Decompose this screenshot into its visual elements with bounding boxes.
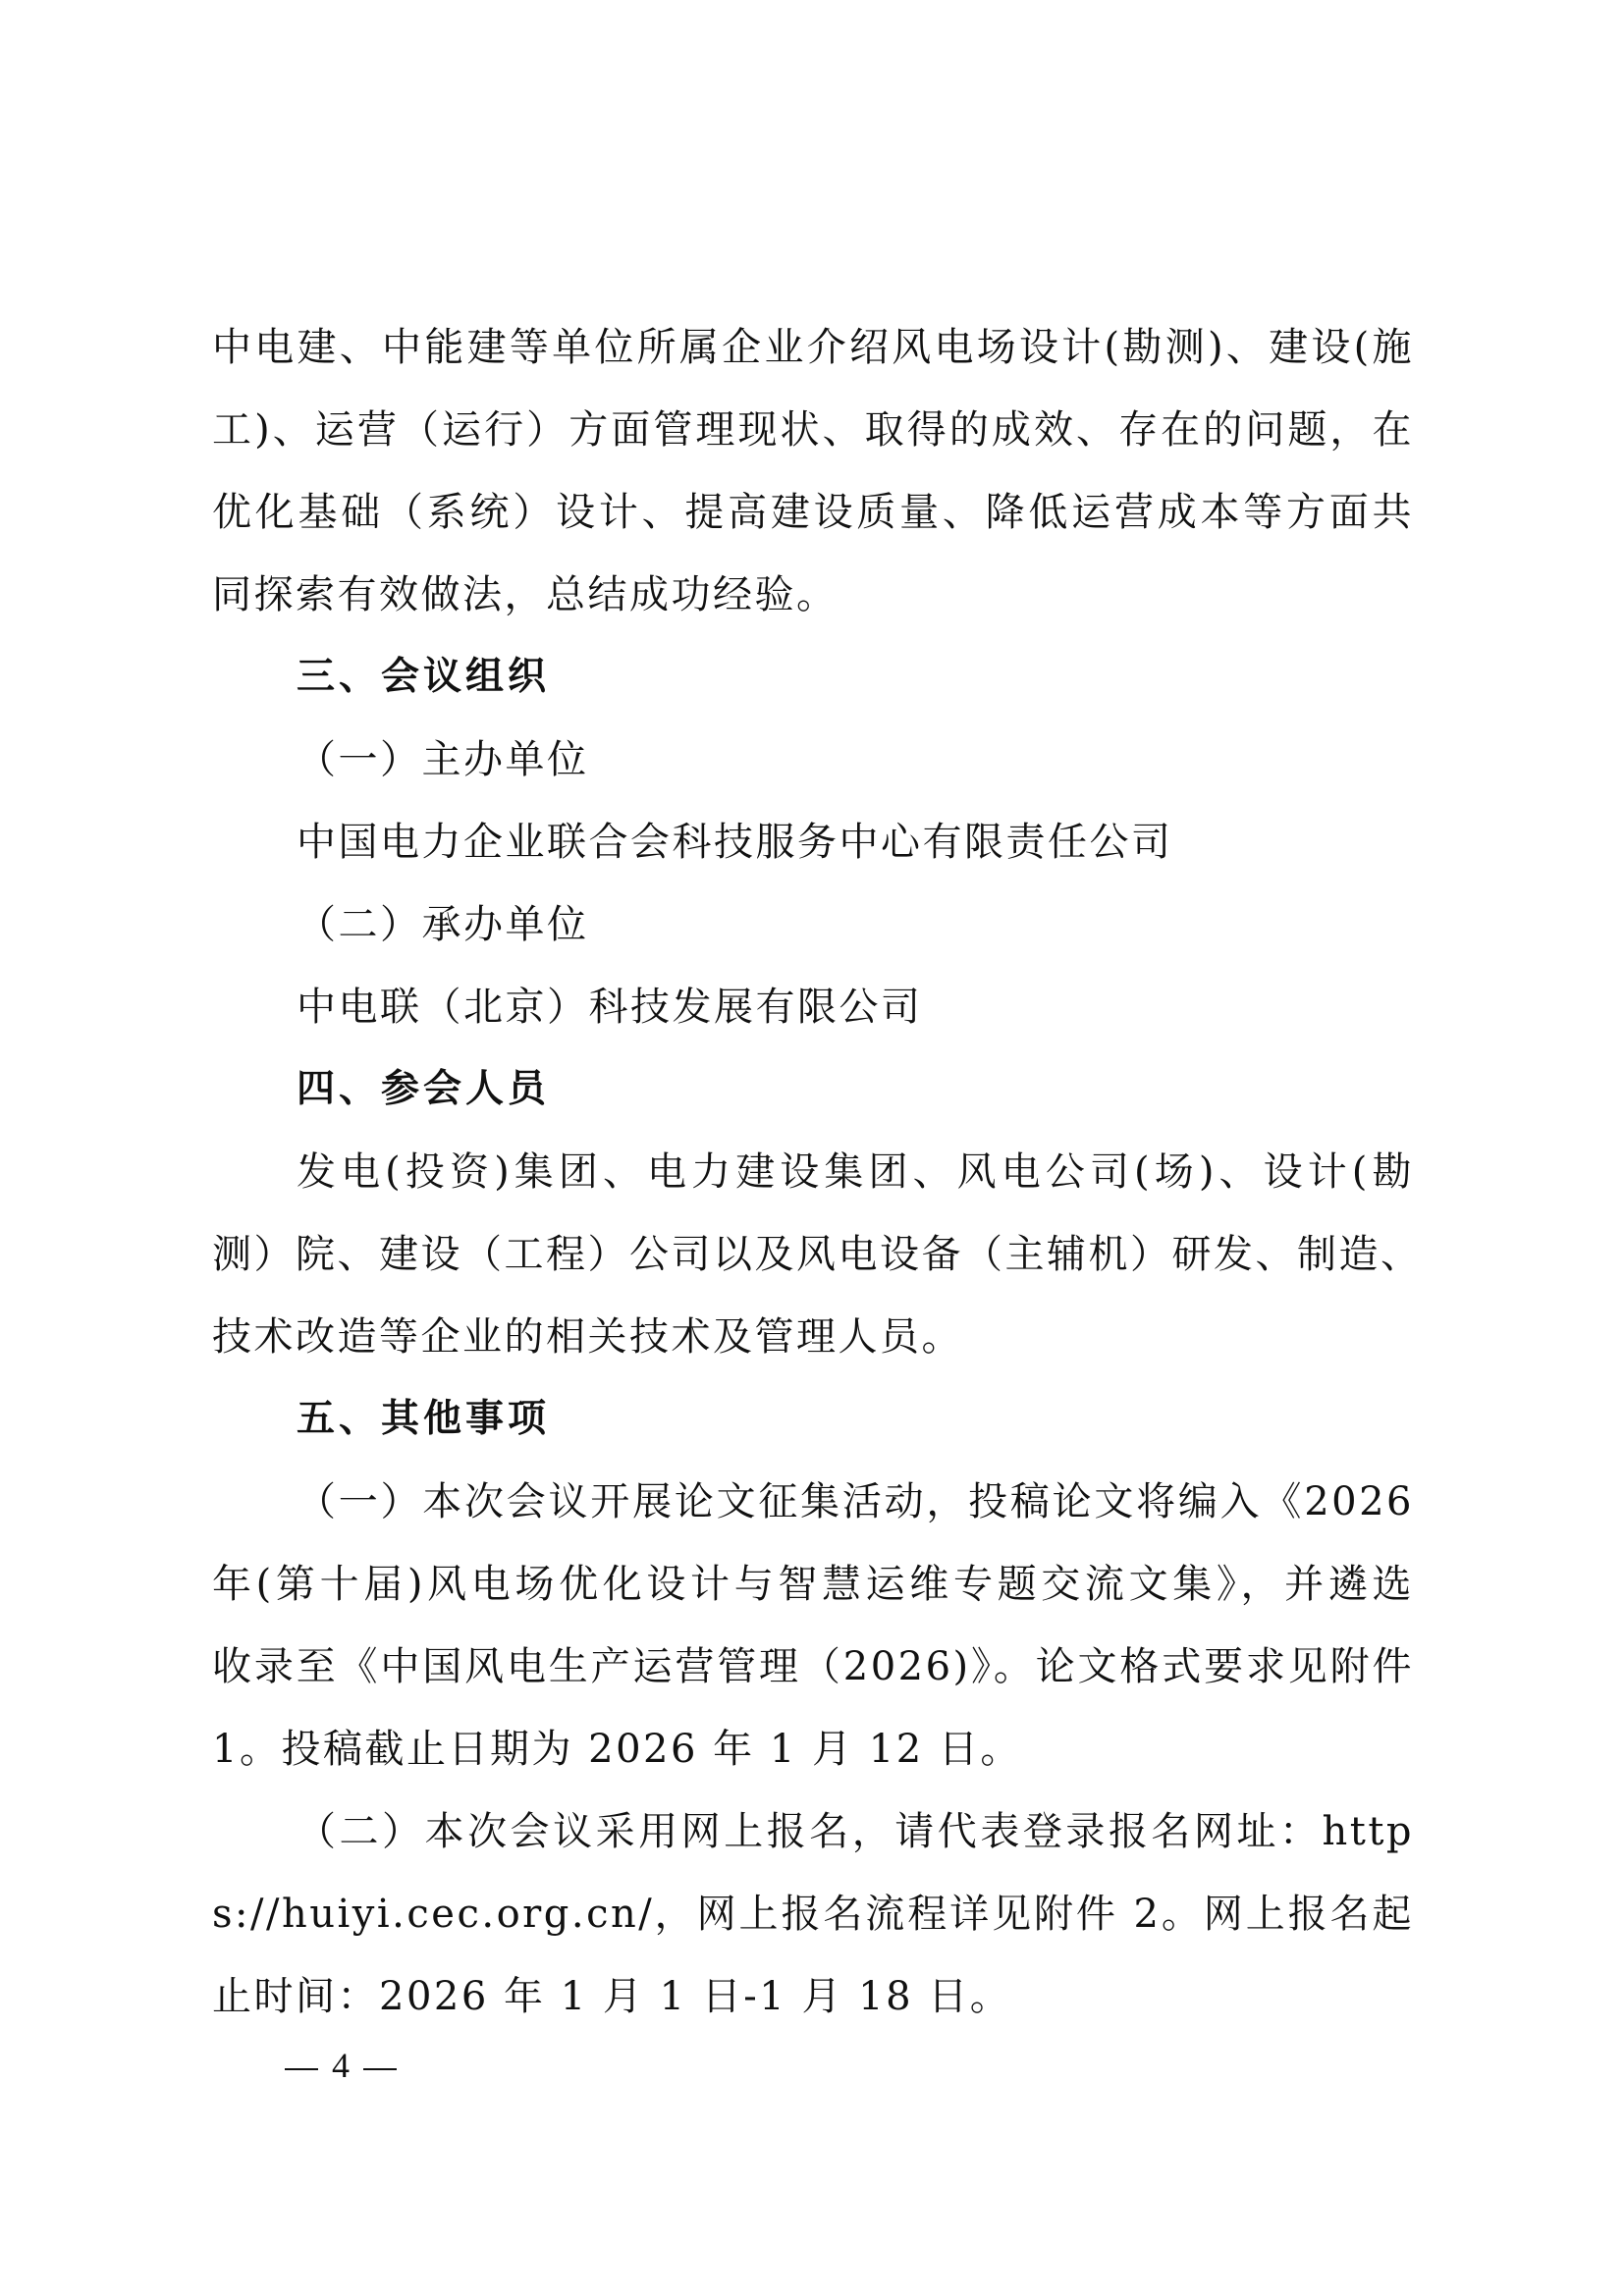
page-number: 4 (332, 2046, 350, 2085)
paragraph-line: 工)、运营（运行）方面管理现状、取得的成效、存在的问题，在 (212, 389, 1414, 471)
paragraph-line: 中电建、中能建等单位所属企业介绍风电场设计(勘测)、建设(施 (212, 306, 1414, 389)
em-dash-left (285, 2068, 318, 2070)
paragraph-line: 技术改造等企业的相关技术及管理人员。 (212, 1296, 1414, 1378)
paragraph-line: 1。投稿截止日期为 2026 年 1 月 12 日。 (212, 1708, 1414, 1790)
registration-url-line: s://huiyi.cec.org.cn/，网上报名流程详见附件 2。网上报名起 (212, 1873, 1414, 1955)
section-heading-participants: 四、参会人员 (212, 1048, 1414, 1131)
paragraph-line: 测）院、建设（工程）公司以及风电设备（主辅机）研发、制造、 (212, 1213, 1414, 1296)
organizer-label: （一）主办单位 (212, 719, 1414, 801)
section-two-paragraph: 中电建、中能建等单位所属企业介绍风电场设计(勘测)、建设(施 工)、运营（运行）… (212, 306, 1414, 636)
co-organizer-value: 中电联（北京）科技发展有限公司 (212, 966, 1414, 1048)
section-four: 四、参会人员 发电(投资)集团、电力建设集团、风电公司(场)、设计(勘 测）院、… (212, 1048, 1414, 1378)
organizer-value: 中国电力企业联合会科技服务中心有限责任公司 (212, 801, 1414, 883)
paragraph-line: （二）本次会议采用网上报名，请代表登录报名网址：http (212, 1790, 1414, 1873)
paragraph-line: 年(第十届)风电场优化设计与智慧运维专题交流文集》，并遴选 (212, 1543, 1414, 1626)
section-three: 三、会议组织 （一）主办单位 中国电力企业联合会科技服务中心有限责任公司 （二）… (212, 636, 1414, 1048)
paragraph-line: （一）本次会议开展论文征集活动，投稿论文将编入《2026 (212, 1461, 1414, 1543)
paragraph-line: 收录至《中国风电生产运营管理（2026)》。论文格式要求见附件 (212, 1626, 1414, 1708)
em-dash-right (363, 2068, 397, 2070)
section-heading-other-matters: 五、其他事项 (212, 1378, 1414, 1461)
co-organizer-label: （二）承办单位 (212, 883, 1414, 966)
section-five: 五、其他事项 （一）本次会议开展论文征集活动，投稿论文将编入《2026 年(第十… (212, 1378, 1414, 2038)
section-heading-meeting-organization: 三、会议组织 (212, 636, 1414, 719)
paragraph-line: 优化基础（系统）设计、提高建设质量、降低运营成本等方面共 (212, 471, 1414, 554)
paragraph-line: 止时间：2026 年 1 月 1 日-1 月 18 日。 (212, 1955, 1414, 2038)
page-footer: 4 (271, 2046, 410, 2085)
paragraph-line: 同探索有效做法，总结成功经验。 (212, 554, 1414, 636)
document-page: 中电建、中能建等单位所属企业介绍风电场设计(勘测)、建设(施 工)、运营（运行）… (212, 306, 1414, 2038)
paragraph-line: 发电(投资)集团、电力建设集团、风电公司(场)、设计(勘 (212, 1131, 1414, 1213)
